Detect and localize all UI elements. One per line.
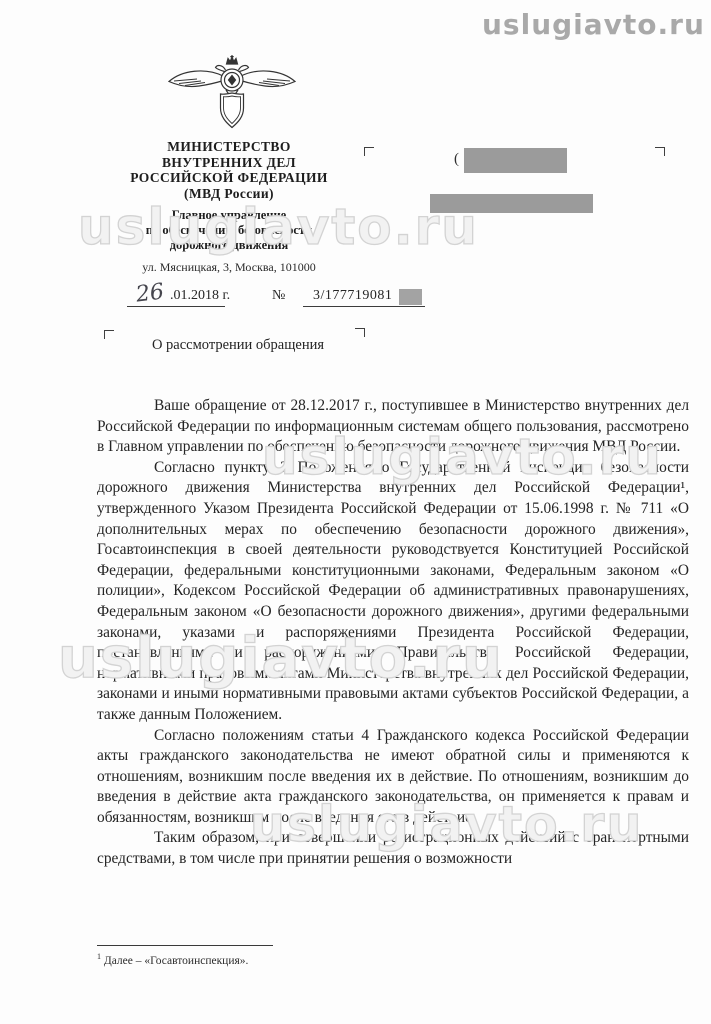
footnote-divider	[97, 945, 273, 946]
recipient-corner-mark-left	[364, 147, 374, 156]
ministry-line: (МВД России)	[100, 186, 358, 202]
scanned-letter-page: uslugiavto.ru uslugiavto.ru uslugiavto.r…	[0, 0, 711, 1024]
recipient-corner-mark-right	[655, 147, 665, 156]
subject-corner-mark-right	[355, 328, 365, 337]
letter-date: .01.2018 г.	[170, 288, 230, 304]
body-paragraph: Ваше обращение от 28.12.2017 г., поступи…	[97, 396, 689, 458]
letter-body: Ваше обращение от 28.12.2017 г., поступи…	[97, 396, 689, 870]
recipient-redaction-bar	[464, 148, 567, 173]
number-sign: №	[272, 288, 285, 304]
body-paragraph: Таким образом, при совершении регистраци…	[97, 828, 689, 869]
ministry-line: ВНУТРЕННИХ ДЕЛ	[100, 155, 358, 171]
letter-number: 3/177719081	[313, 288, 392, 304]
footnote-text: Далее – «Госавтоинспекция».	[104, 955, 249, 967]
subject-line: О рассмотрении обращения	[118, 337, 358, 354]
department-line: дорожного движения	[100, 238, 358, 253]
mvd-double-headed-eagle-icon	[167, 54, 297, 135]
body-paragraph: Согласно пункту 3 Положения о Государств…	[97, 458, 689, 726]
department-line: Главное управление	[100, 208, 358, 223]
number-redaction-box	[399, 289, 422, 305]
number-underline	[303, 306, 425, 307]
department-name: Главное управление по обеспечению безопа…	[100, 208, 358, 253]
department-line: по обеспечению безопасности	[100, 223, 358, 238]
site-watermark-top: uslugiavto.ru	[482, 8, 705, 41]
sender-address: ул. Мясницкая, 3, Москва, 101000	[100, 260, 358, 275]
handwritten-day: 26	[135, 279, 166, 307]
ministry-line: РОССИЙСКОЙ ФЕДЕРАЦИИ	[100, 170, 358, 186]
ministry-name: МИНИСТЕРСТВО ВНУТРЕННИХ ДЕЛ РОССИЙСКОЙ Ф…	[100, 139, 358, 201]
footnote-marker: 1	[97, 952, 101, 961]
subject-corner-mark-left	[104, 330, 114, 339]
recipient-redaction-bar	[430, 194, 593, 213]
ministry-line: МИНИСТЕРСТВО	[100, 139, 358, 155]
body-paragraph: Согласно положениям статьи 4 Гражданског…	[97, 726, 689, 829]
footnote: 1 Далее – «Госавтоинспекция».	[97, 952, 248, 967]
recipient-text-fragment: (	[454, 151, 459, 168]
